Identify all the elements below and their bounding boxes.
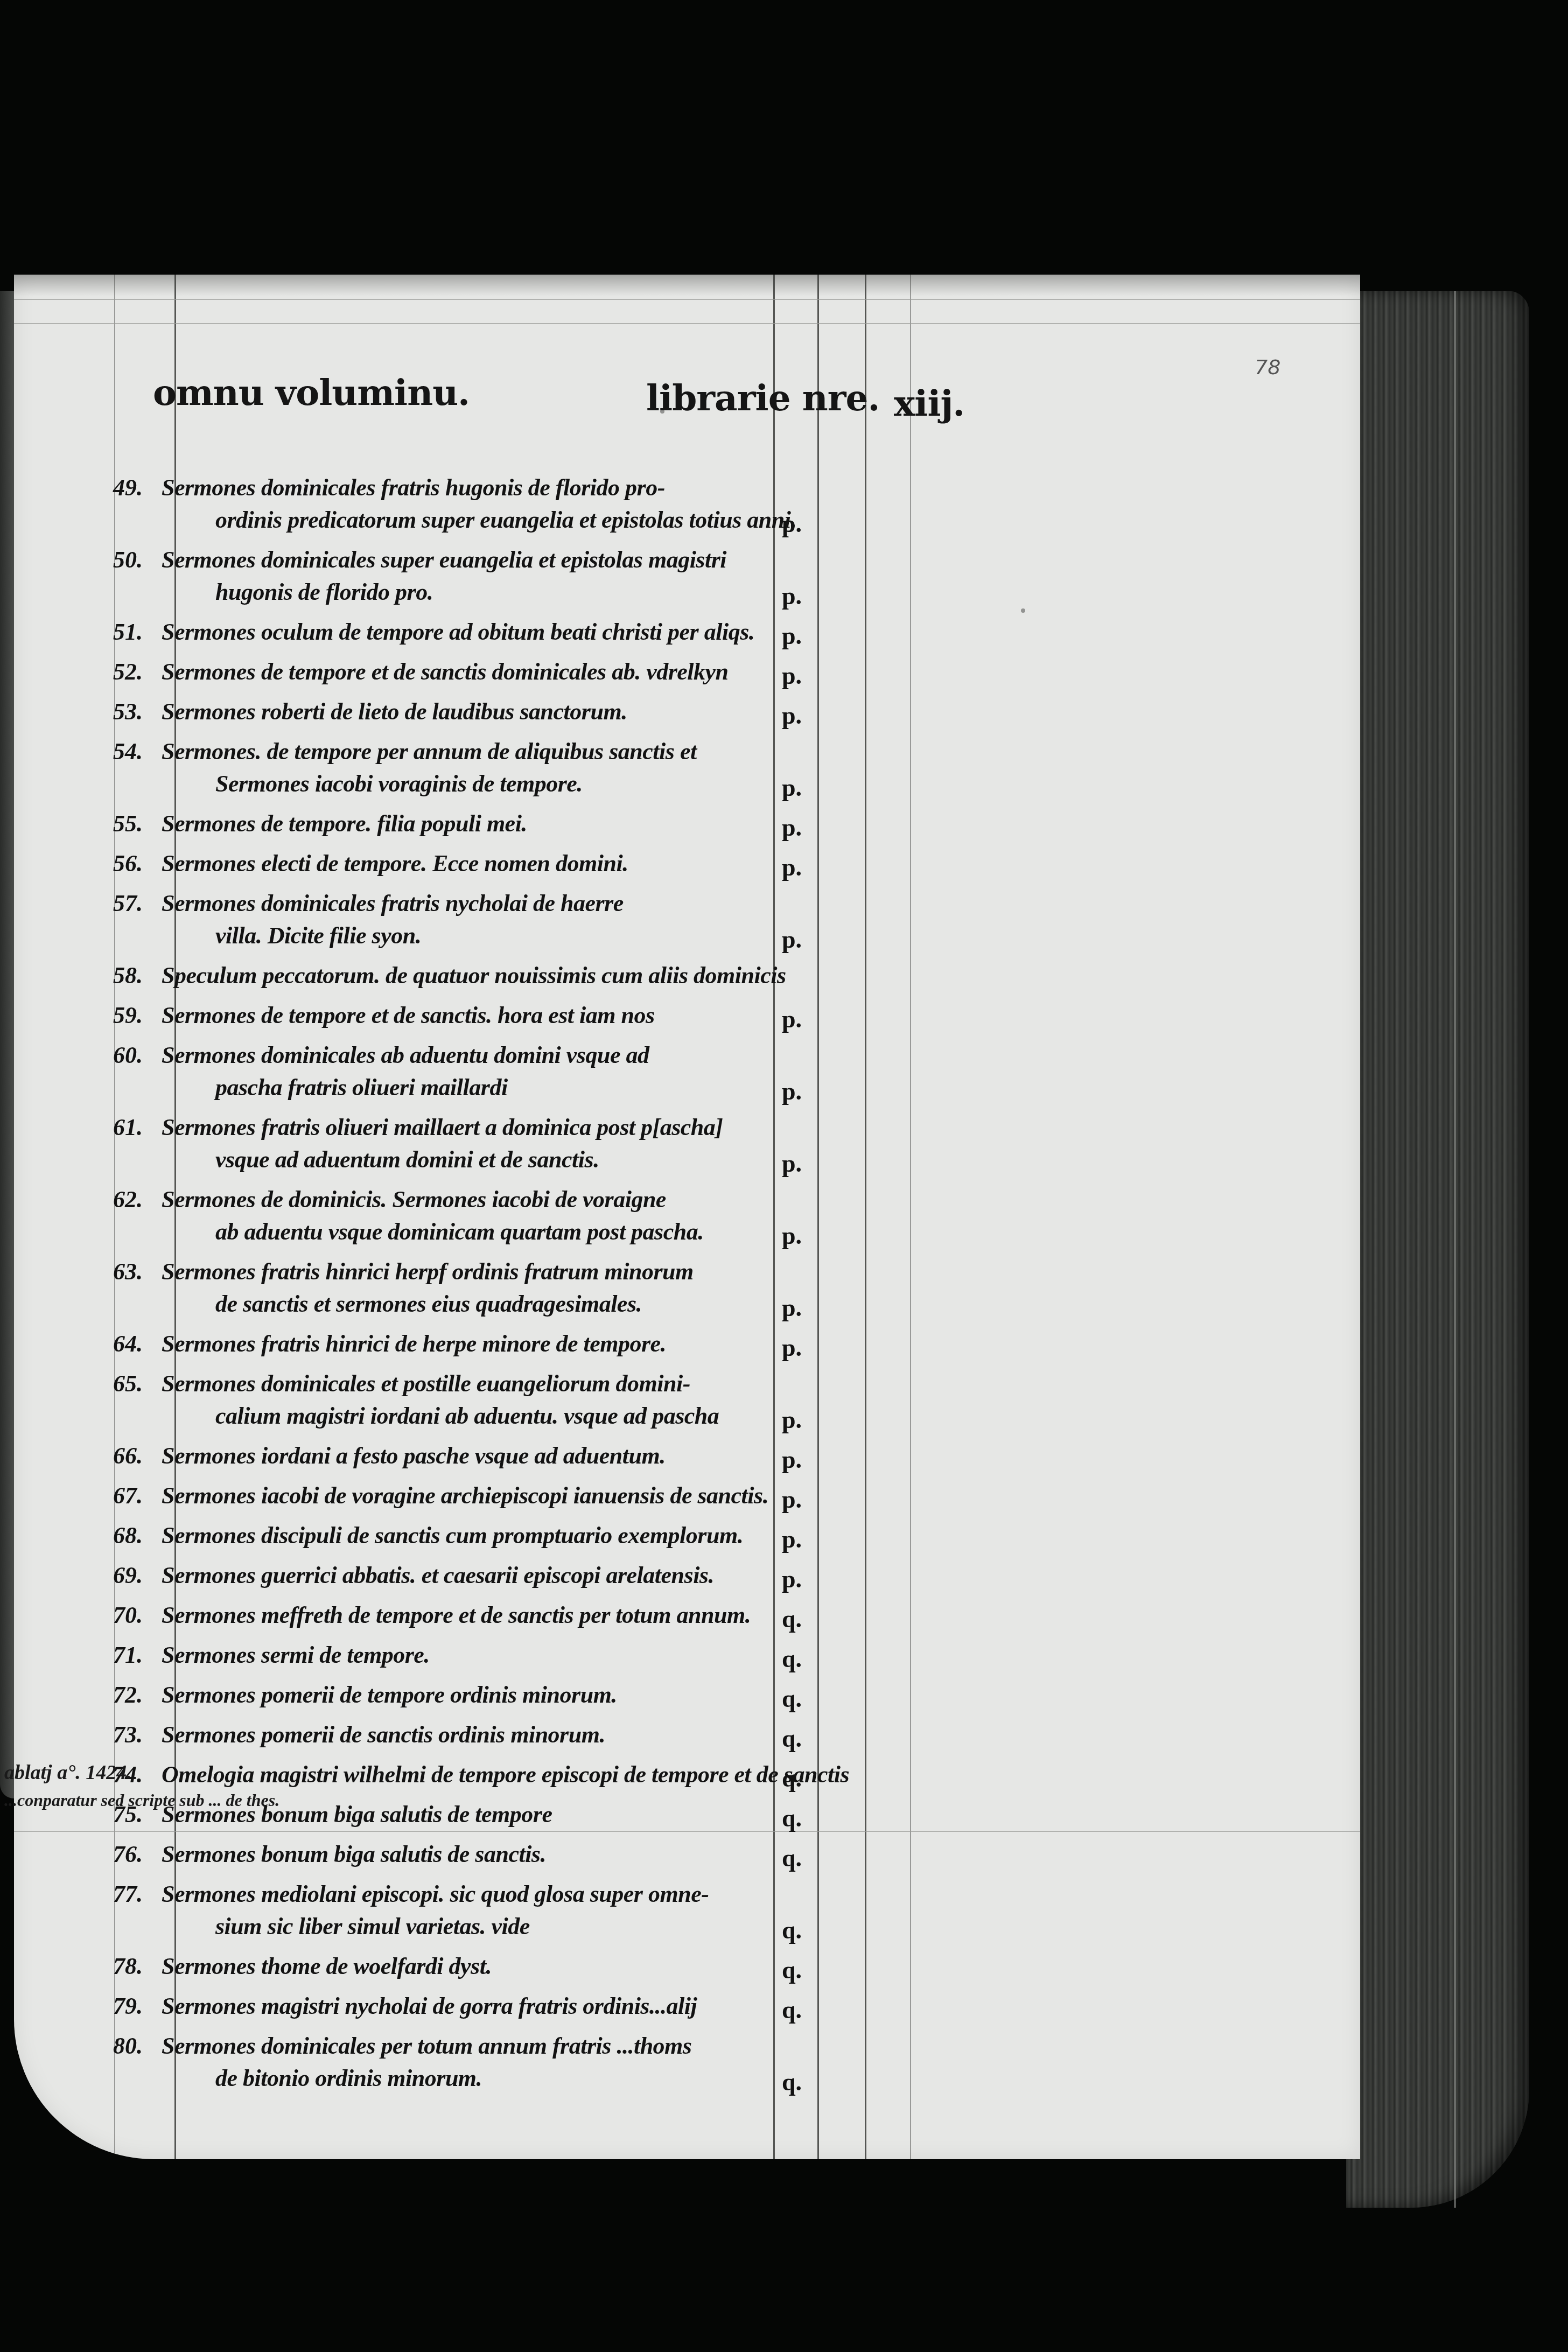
entry-title: Sermones meffreth de tempore et de sanct… xyxy=(162,1601,751,1629)
entry-title: Sermones. de tempore per annum de aliqui… xyxy=(162,738,697,765)
entry-number: 80. xyxy=(113,2032,143,2060)
entry-title-continuation: Sermones iacobi voraginis de tempore. xyxy=(215,770,583,797)
entry-title: Sermones iordani a festo pasche vsque ad… xyxy=(162,1442,666,1469)
shelf-mark: p. xyxy=(782,1293,802,1322)
entry-title: Sermones de tempore et de sanctis. hora … xyxy=(162,1002,655,1029)
entry-title: Sermones fratris oliueri maillaert a dom… xyxy=(162,1114,723,1141)
entry-title: Sermones de dominicis. Sermones iacobi d… xyxy=(162,1186,666,1213)
entry-title: Sermones discipuli de sanctis cum prompt… xyxy=(162,1522,743,1549)
shelf-mark: p. xyxy=(782,701,802,730)
entry-title-continuation: de bitonio ordinis minorum. xyxy=(215,2064,482,2092)
entry-title: Sermones dominicales fratris nycholai de… xyxy=(162,890,624,917)
entry-number: 63. xyxy=(113,1258,143,1285)
entry-title-continuation: sium sic liber simul varietas. vide xyxy=(215,1913,530,1940)
entry-number: 53. xyxy=(113,698,143,725)
entry-number: 61. xyxy=(113,1114,143,1141)
entry-title-continuation: vsque ad aduentum domini et de sanctis. xyxy=(215,1146,599,1173)
entry-number: 64. xyxy=(113,1330,143,1357)
entry-number: 59. xyxy=(113,1002,143,1029)
shelf-mark: p. xyxy=(782,1333,802,1362)
shelf-mark: p. xyxy=(782,661,802,690)
shelf-mark: q. xyxy=(782,1956,802,1984)
shelf-mark: q. xyxy=(782,1724,802,1753)
entry-title-continuation: villa. Dicite filie syon. xyxy=(215,922,421,949)
shelf-mark: p. xyxy=(782,1525,802,1553)
entry-title-continuation: de sanctis et sermones eius quadragesima… xyxy=(215,1290,642,1318)
entry-title: Speculum peccatorum. de quatuor nouissim… xyxy=(162,962,786,989)
entry-number: 55. xyxy=(113,810,143,837)
entry-title-continuation: pascha fratris oliueri maillardi xyxy=(215,1074,508,1101)
shelf-mark: p. xyxy=(782,621,802,650)
entry-number: 58. xyxy=(113,962,143,989)
entry-title: Sermones sermi de tempore. xyxy=(162,1641,430,1669)
shelf-mark: q. xyxy=(782,1605,802,1633)
entry-number: 52. xyxy=(113,658,143,685)
shelf-mark: q. xyxy=(782,1804,802,1832)
shelf-mark: p. xyxy=(782,853,802,881)
shelf-mark: p. xyxy=(782,1077,802,1105)
shelf-mark: p. xyxy=(782,1565,802,1593)
shelf-mark: p. xyxy=(782,1005,802,1033)
entry-title: Sermones pomerii de sanctis ordinis mino… xyxy=(162,1721,605,1748)
entry-title: Sermones bonum biga salutis de sanctis. xyxy=(162,1840,546,1868)
entry-title: Sermones iacobi de voragine archiepiscop… xyxy=(162,1482,768,1509)
entry-title: Sermones guerrici abbatis. et caesarii e… xyxy=(162,1562,714,1589)
entry-number: 70. xyxy=(113,1601,143,1629)
shelf-mark: p. xyxy=(782,925,802,954)
entry-number: 49. xyxy=(113,474,143,501)
shelf-mark: q. xyxy=(782,1844,802,1872)
entry-number: 78. xyxy=(113,1952,143,1980)
shelf-mark: q. xyxy=(782,1644,802,1673)
shelf-mark: p. xyxy=(782,1149,802,1178)
entry-title: Sermones oculum de tempore ad obitum bea… xyxy=(162,618,754,646)
entry-number: 50. xyxy=(113,546,143,573)
entry-number: 65. xyxy=(113,1370,143,1397)
entry-title: Omelogia magistri wilhelmi de tempore ep… xyxy=(162,1761,849,1788)
entry-number: 68. xyxy=(113,1522,143,1549)
shelf-mark: p. xyxy=(782,1405,802,1434)
margin-note-line-2: ...conparatur sed scripte sub ... de the… xyxy=(4,1790,279,1810)
entry-title: Sermones dominicales ab aduentu domini v… xyxy=(162,1041,649,1069)
entry-title: Sermones fratris hinrici herpf ordinis f… xyxy=(162,1258,694,1285)
entry-title-continuation: calium magistri iordani ab aduentu. vsqu… xyxy=(215,1402,719,1430)
entry-number: 56. xyxy=(113,850,143,877)
shelf-mark: p. xyxy=(782,509,802,538)
entry-title: Sermones roberti de lieto de laudibus sa… xyxy=(162,698,627,725)
entry-number: 72. xyxy=(113,1681,143,1709)
entry-title: Sermones pomerii de tempore ordinis mino… xyxy=(162,1681,617,1709)
entry-number: 54. xyxy=(113,738,143,765)
entry-title: Sermones de tempore et de sanctis domini… xyxy=(162,658,729,685)
entry-number: 79. xyxy=(113,1992,143,2020)
catalogue-entries: 49.Sermones dominicales fratris hugonis … xyxy=(0,0,1568,2352)
shelf-mark: q. xyxy=(782,1764,802,1793)
shelf-mark: p. xyxy=(782,1221,802,1250)
entry-number: 62. xyxy=(113,1186,143,1213)
entry-number: 60. xyxy=(113,1041,143,1069)
entry-title: Sermones de tempore. filia populi mei. xyxy=(162,810,527,837)
entry-title: Sermones dominicales super euangelia et … xyxy=(162,546,726,573)
shelf-mark: q. xyxy=(782,1996,802,2024)
shelf-mark: p. xyxy=(782,1445,802,1474)
entry-title: Sermones dominicales per totum annum fra… xyxy=(162,2032,691,2060)
entry-title: Sermones dominicales et postille euangel… xyxy=(162,1370,690,1397)
entry-number: 71. xyxy=(113,1641,143,1669)
entry-number: 67. xyxy=(113,1482,143,1509)
shelf-mark: q. xyxy=(782,2068,802,2096)
shelf-mark: q. xyxy=(782,1916,802,1944)
shelf-mark: p. xyxy=(782,1485,802,1514)
entry-number: 51. xyxy=(113,618,143,646)
margin-note-line-1: ablatj a°. 1424. xyxy=(4,1761,132,1784)
shelf-mark: p. xyxy=(782,813,802,842)
entry-title: Sermones dominicales fratris hugonis de … xyxy=(162,474,665,501)
entry-number: 76. xyxy=(113,1840,143,1868)
entry-title: Sermones fratris hinrici de herpe minore… xyxy=(162,1330,666,1357)
entry-number: 73. xyxy=(113,1721,143,1748)
entry-title-continuation: ab aduentu vsque dominicam quartam post … xyxy=(215,1218,704,1245)
shelf-mark: p. xyxy=(782,773,802,802)
entry-title: Sermones electi de tempore. Ecce nomen d… xyxy=(162,850,628,877)
shelf-mark: p. xyxy=(782,582,802,610)
entry-title: Sermones magistri nycholai de gorra frat… xyxy=(162,1992,697,2020)
entry-number: 69. xyxy=(113,1562,143,1589)
entry-number: 66. xyxy=(113,1442,143,1469)
shelf-mark: q. xyxy=(782,1684,802,1713)
entry-title: Sermones mediolani episcopi. sic quod gl… xyxy=(162,1880,709,1908)
entry-title-continuation: hugonis de florido pro. xyxy=(215,578,433,606)
entry-title-continuation: ordinis predicatorum super euangelia et … xyxy=(215,506,796,534)
entry-title: Sermones thome de woelfardi dyst. xyxy=(162,1952,492,1980)
entry-number: 77. xyxy=(113,1880,143,1908)
entry-number: 57. xyxy=(113,890,143,917)
